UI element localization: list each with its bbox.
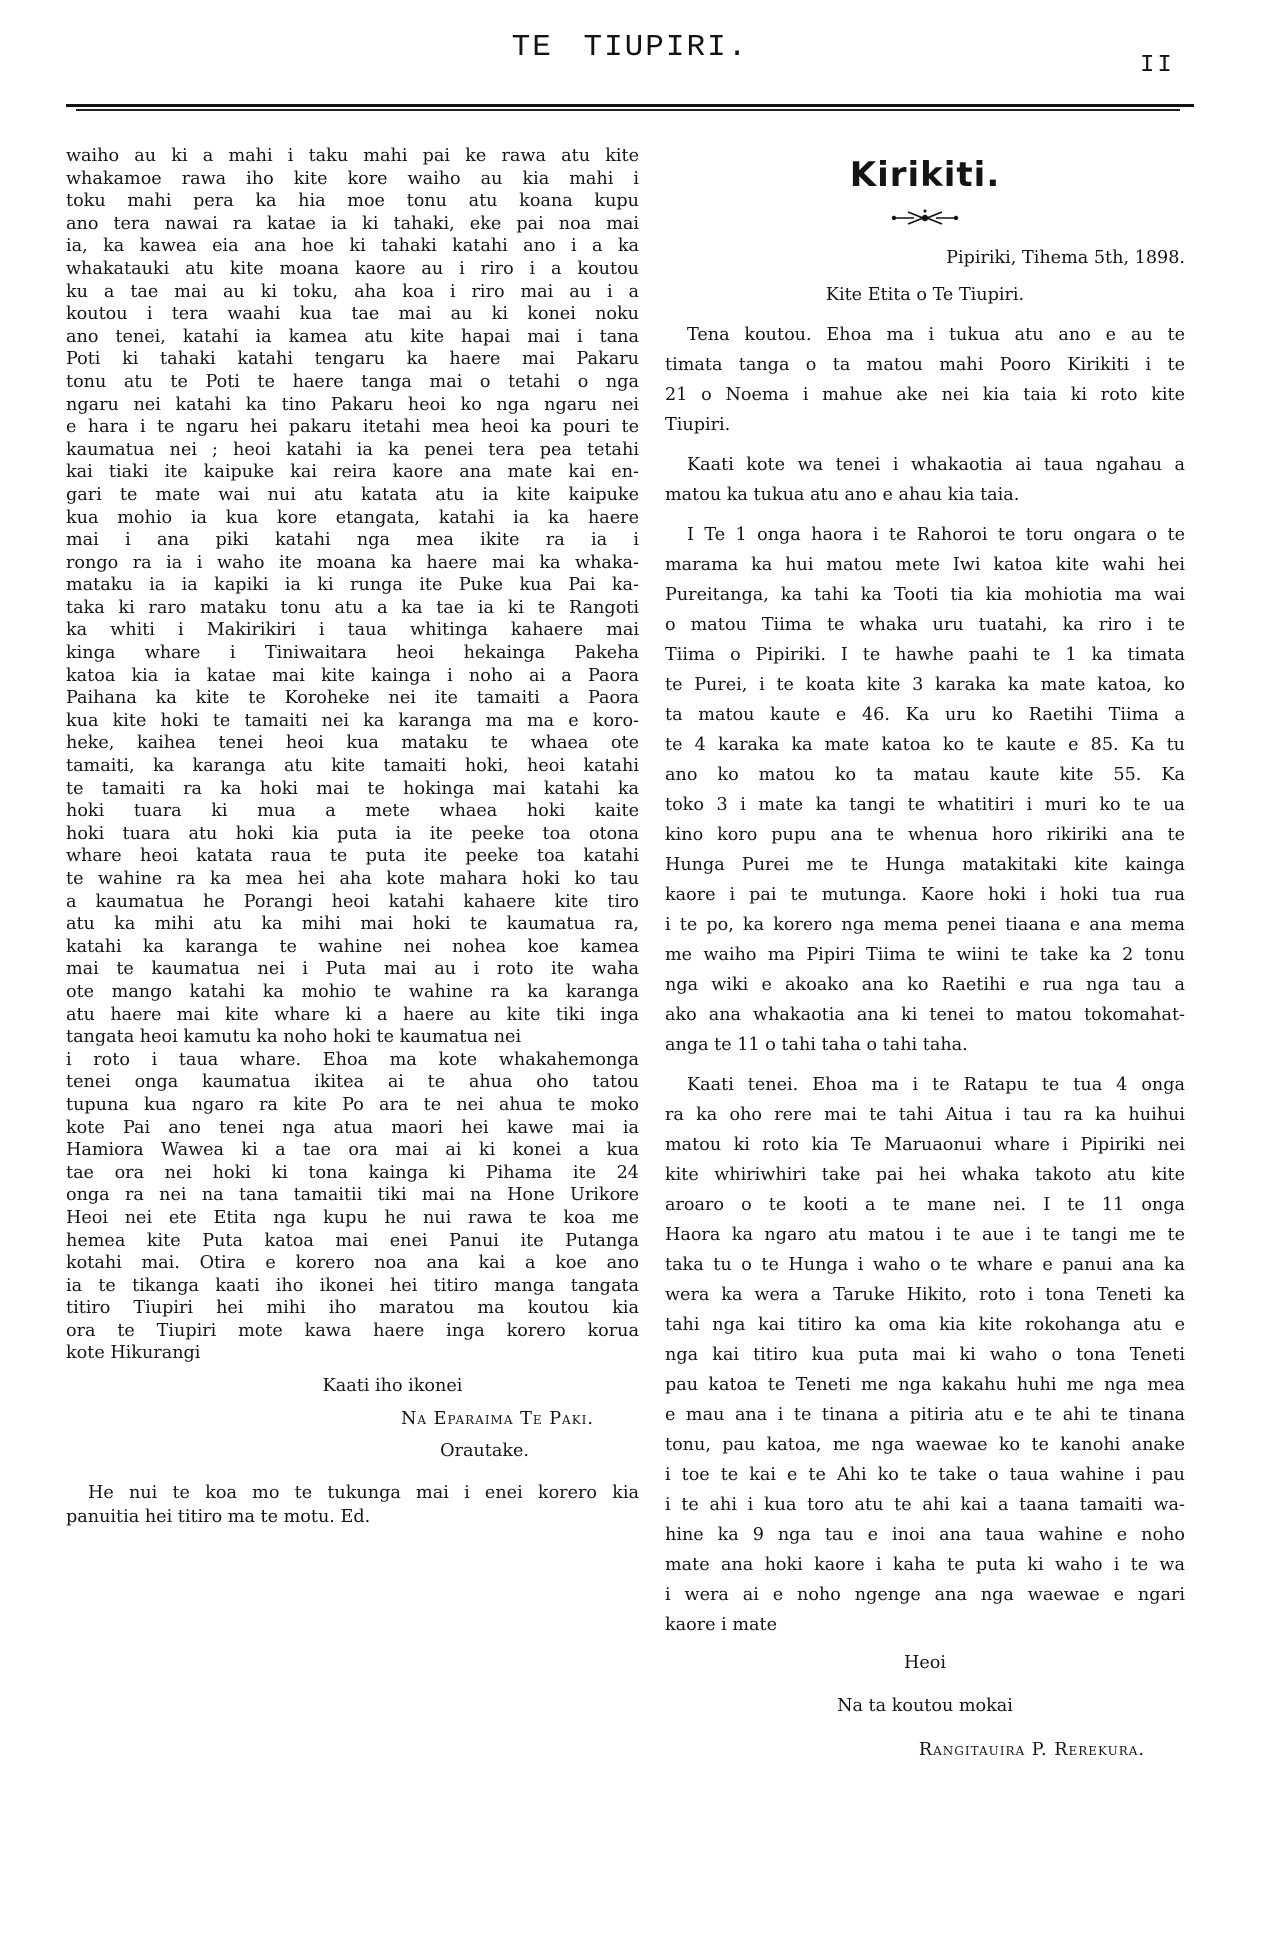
text-line: kaumatua nei ; heoi katahi ia ka penei t… <box>66 439 639 462</box>
left-column: waiho au ki a mahi i taku mahi pai ke ra… <box>66 145 639 1529</box>
text-line: i te po, ka korero nga mema penei tiaana… <box>665 910 1185 940</box>
text-line: ia, ka kawea eia ana hoe ki tahaki katah… <box>66 235 639 258</box>
text-line: a kaumatua he Porangi heoi katahi kahaer… <box>66 891 639 914</box>
text-line: kote Hikurangi <box>66 1342 639 1365</box>
text-line: Paihana ka kite te Koroheke nei ite tama… <box>66 687 639 710</box>
text-line: matou ki roto kia Te Maruaonui whare i P… <box>665 1130 1185 1160</box>
text-line: te 4 karaka ka mate katoa ko te kaute e … <box>665 730 1185 760</box>
editor-note-line: panuitia hei titiro ma te motu. Ed. <box>66 1505 639 1529</box>
text-line: toku mahi pera ka hia moe tonu atu koana… <box>66 190 639 213</box>
text-line: Haora ka ngaro atu matou i te aue i te t… <box>665 1220 1185 1250</box>
text-line: wera ka wera a Taruke Hikito, roto i ton… <box>665 1280 1185 1310</box>
text-line: ka whiti i Makirikiri i taua whitinga ka… <box>66 619 639 642</box>
text-line: tonu, pau katoa, me nga waewae ko te kan… <box>665 1430 1185 1460</box>
rule-thin-line <box>76 109 1180 111</box>
left-closing-line: Kaati iho ikonei <box>66 1375 639 1398</box>
text-line: ora te Tiupiri mote kawa haere inga kore… <box>66 1320 639 1343</box>
text-line: kotahi mai. Otira e korero noa ana kai a… <box>66 1252 639 1275</box>
text-line: 21 o Noema i mahue ake nei kia taia ki r… <box>665 380 1185 410</box>
text-line: koutou i tera waahi kua tae mai au ki ko… <box>66 303 639 326</box>
right-signature: Rangitauira P. Rerekura. <box>665 1739 1185 1762</box>
text-line: i te ahi i kua toro atu te ahi kai a taa… <box>665 1490 1185 1520</box>
text-line: matou ka tukua atu ano e ahau kia taia. <box>665 480 1185 510</box>
text-line: i wera ai e noho ngenge ana nga waewae e… <box>665 1580 1185 1610</box>
text-line: nga kai titiro kua puta mai ki waho o to… <box>665 1340 1185 1370</box>
text-line: nga wiki e akoako ana ko Raetihi e rua n… <box>665 970 1185 1000</box>
text-line: whakamoe rawa iho kite kore waiho au kia… <box>66 168 639 191</box>
text-line: rongo ra ia i waho ite moana ka haere ma… <box>66 552 639 575</box>
text-line: kote Pai ano tenei nga atua maori hei ka… <box>66 1117 639 1140</box>
text-line: kaore i mate <box>665 1610 1185 1640</box>
text-line: Hunga Purei me te Hunga matakitaki kite … <box>665 850 1185 880</box>
text-line: tangata heoi kamutu ka noho hoki te kaum… <box>66 1026 639 1049</box>
text-line: onga ra nei na tana tamaitii tiki mai na… <box>66 1184 639 1207</box>
text-line: Tiima o Pipiriki. I te hawhe paahi te 1 … <box>665 640 1185 670</box>
text-line: ano ko matou ko ta matau kaute kite 55. … <box>665 760 1185 790</box>
text-line: ngaru nei katahi ka tino Pakaru heoi ko … <box>66 394 639 417</box>
right-column-body: Tena koutou. Ehoa ma i tukua atu ano e a… <box>665 320 1185 1640</box>
text-line: Pureitanga, ka tahi ka Tooti tia kia moh… <box>665 580 1185 610</box>
text-line: kua kite hoki te tamaiti nei ka karanga … <box>66 710 639 733</box>
fleuron-ornament-icon <box>665 207 1185 237</box>
paragraph: Tena koutou. Ehoa ma i tukua atu ano e a… <box>665 320 1185 440</box>
text-line: ta matou kaute e 46. Ka uru ko Raetihi T… <box>665 700 1185 730</box>
text-line: i roto i taua whare. Ehoa ma kote whakah… <box>66 1049 639 1072</box>
text-line: i toe te kai e te Ahi ko te take o taua … <box>665 1460 1185 1490</box>
text-line: Heoi nei ete Etita nga kupu he nui rawa … <box>66 1207 639 1230</box>
editor-note-line: He nui te koa mo te tukunga mai i enei k… <box>66 1481 639 1505</box>
text-line: ano tenei, katahi ia kamea atu kite hapa… <box>66 326 639 349</box>
text-line: Hamiora Wawea ki a tae ora mai ai ki kon… <box>66 1139 639 1162</box>
text-line: ote mango katahi ka mohio te wahine ra k… <box>66 981 639 1004</box>
text-line: hine ka 9 nga tau e inoi ana taua wahine… <box>665 1520 1185 1550</box>
header-rule <box>66 104 1194 111</box>
text-line: Tiupiri. <box>665 410 1185 440</box>
text-line: tenei onga kaumatua ikitea ai te ahua oh… <box>66 1071 639 1094</box>
closing-heoi: Heoi <box>665 1652 1185 1675</box>
text-line: marama ka hui matou mete Iwi katoa kite … <box>665 550 1185 580</box>
text-line: katoa kia ia katae mai kite kainga i noh… <box>66 665 639 688</box>
salutation: Kite Etita o Te Tiupiri. <box>665 284 1185 307</box>
text-line: kino koro pupu ana te whenua horo rikiri… <box>665 820 1185 850</box>
text-line: waiho au ki a mahi i taku mahi pai ke ra… <box>66 145 639 168</box>
text-line: tahi nga kai titiro ka oma kia kite roko… <box>665 1310 1185 1340</box>
paragraph: Kaati tenei. Ehoa ma i te Ratapu te tua … <box>665 1070 1185 1640</box>
text-line: atu haere mai kite whare ki a haere au k… <box>66 1004 639 1027</box>
text-line: me waiho ma Pipiri Tiima te wiini te tak… <box>665 940 1185 970</box>
page-number: II <box>1140 52 1175 79</box>
text-line: Tena koutou. Ehoa ma i tukua atu ano e a… <box>665 320 1185 350</box>
text-line: pau katoa te Teneti me nga kakahu huhi m… <box>665 1370 1185 1400</box>
text-line: tae ora nei hoki ki tona kainga ki Piham… <box>66 1162 639 1185</box>
text-line: mai te kaumatua nei i Puta mai au i roto… <box>66 958 639 981</box>
article-title: Kirikiti. <box>665 153 1185 197</box>
text-line: ano tera nawai ra katae ia ki tahaki, ek… <box>66 213 639 236</box>
text-line: Kaati kote wa tenei i whakaotia ai taua … <box>665 450 1185 480</box>
text-line: timata tanga o ta matou mahi Pooro Kirik… <box>665 350 1185 380</box>
text-line: ia te tikanga kaati iho ikonei hei titir… <box>66 1275 639 1298</box>
left-signature: Na Eparaima Te Paki. <box>66 1408 639 1431</box>
text-line: Poti ki tahaki katahi tengaru ka haere m… <box>66 348 639 371</box>
text-line: e hara i te ngaru hei pakaru itetahi mea… <box>66 416 639 439</box>
text-line: kai tiaki ite kaipuke kai reira kaore an… <box>66 461 639 484</box>
text-line: hoki tuara atu hoki kia puta ia ite peek… <box>66 823 639 846</box>
paragraph: Kaati kote wa tenei i whakaotia ai taua … <box>665 450 1185 510</box>
text-line: I Te 1 onga haora i te Rahoroi te toru o… <box>665 520 1185 550</box>
text-line: taka ki raro mataku tonu atu a ka tae ia… <box>66 597 639 620</box>
text-line: te wahine ra ka mea hei aha kote mahara … <box>66 868 639 891</box>
text-line: toko 3 i mate ka tangi te whatitiri i mu… <box>665 790 1185 820</box>
text-line: aroaro o te kooti a te mane nei. I te 11… <box>665 1190 1185 1220</box>
editor-note: He nui te koa mo te tukunga mai i enei k… <box>66 1481 639 1529</box>
text-line: ra ka oho rere mai te tahi Aitua i tau r… <box>665 1100 1185 1130</box>
text-line: anga te 11 o tahi taha o tahi taha. <box>665 1030 1185 1060</box>
text-line: mataku ia ia kapiki ia ki runga ite Puke… <box>66 574 639 597</box>
left-column-body: waiho au ki a mahi i taku mahi pai ke ra… <box>66 145 639 1365</box>
right-column: Kirikiti. Pipiriki, Tihema 5th, 1898. Ki… <box>665 145 1185 1762</box>
closing-from: Na ta koutou mokai <box>665 1695 1185 1718</box>
text-line: kaore i pai te mutunga. Kaore hoki i hok… <box>665 880 1185 910</box>
text-line: whare heoi katata raua te puta ite peeke… <box>66 845 639 868</box>
text-line: tonu atu te Poti te haere tanga mai o te… <box>66 371 639 394</box>
text-line: kite whiriwhiri take pai hei whaka takot… <box>665 1160 1185 1190</box>
text-line: kua mohio ia kua kore etangata, katahi i… <box>66 507 639 530</box>
text-line: tamaiti, ka karanga atu kite tamaiti hok… <box>66 755 639 778</box>
paragraph: I Te 1 onga haora i te Rahoroi te toru o… <box>665 520 1185 1060</box>
text-line: Kaati tenei. Ehoa ma i te Ratapu te tua … <box>665 1070 1185 1100</box>
text-line: tupuna kua ngaro ra kite Po ara te nei a… <box>66 1094 639 1117</box>
text-line: ako ana whakaotia ana ki tenei to matou … <box>665 1000 1185 1030</box>
text-line: ku a tae mai au ki toku, aha koa i riro … <box>66 281 639 304</box>
text-line: hemea kite Puta katoa mai enei Panui ite… <box>66 1230 639 1253</box>
text-line: gari te mate wai nui atu katata atu ia k… <box>66 484 639 507</box>
text-line: te tamaiti ra ka hoki mai te hokinga mai… <box>66 778 639 801</box>
text-line: titiro Tiupiri hei mihi iho maratou ma k… <box>66 1297 639 1320</box>
text-line: mate ana hoki kaore i kaha te puta ki wa… <box>665 1550 1185 1580</box>
text-line: mai i ana piki katahi nga mea ikite ra i… <box>66 529 639 552</box>
text-line: kinga whare i Tiniwaitara heoi hekainga … <box>66 642 639 665</box>
rule-thick-line <box>66 104 1194 107</box>
text-line: hoki tuara ki mua a mete whaea hoki kait… <box>66 800 639 823</box>
text-line: whakatauki atu kite moana kaore au i rir… <box>66 258 639 281</box>
text-line: heke, kaihea tenei heoi kua mataku te wh… <box>66 732 639 755</box>
text-line: te Purei, i te koata kite 3 karaka ka ma… <box>665 670 1185 700</box>
text-line: atu ka mihi atu ka mihi mai hoki te kaum… <box>66 913 639 936</box>
left-place: Orautake. <box>66 1440 639 1463</box>
text-line: taka tu o te Hunga i waho o te whare e p… <box>665 1250 1185 1280</box>
page-title: TE TIUPIRI. <box>0 30 1260 65</box>
text-line: o matou Tiima te whaka uru tuatahi, ka r… <box>665 610 1185 640</box>
text-line: e mau ana i te tinana a pitiria atu e te… <box>665 1400 1185 1430</box>
text-line: katahi ka karanga te wahine nei nohea ko… <box>66 936 639 959</box>
dateline: Pipiriki, Tihema 5th, 1898. <box>665 247 1185 270</box>
